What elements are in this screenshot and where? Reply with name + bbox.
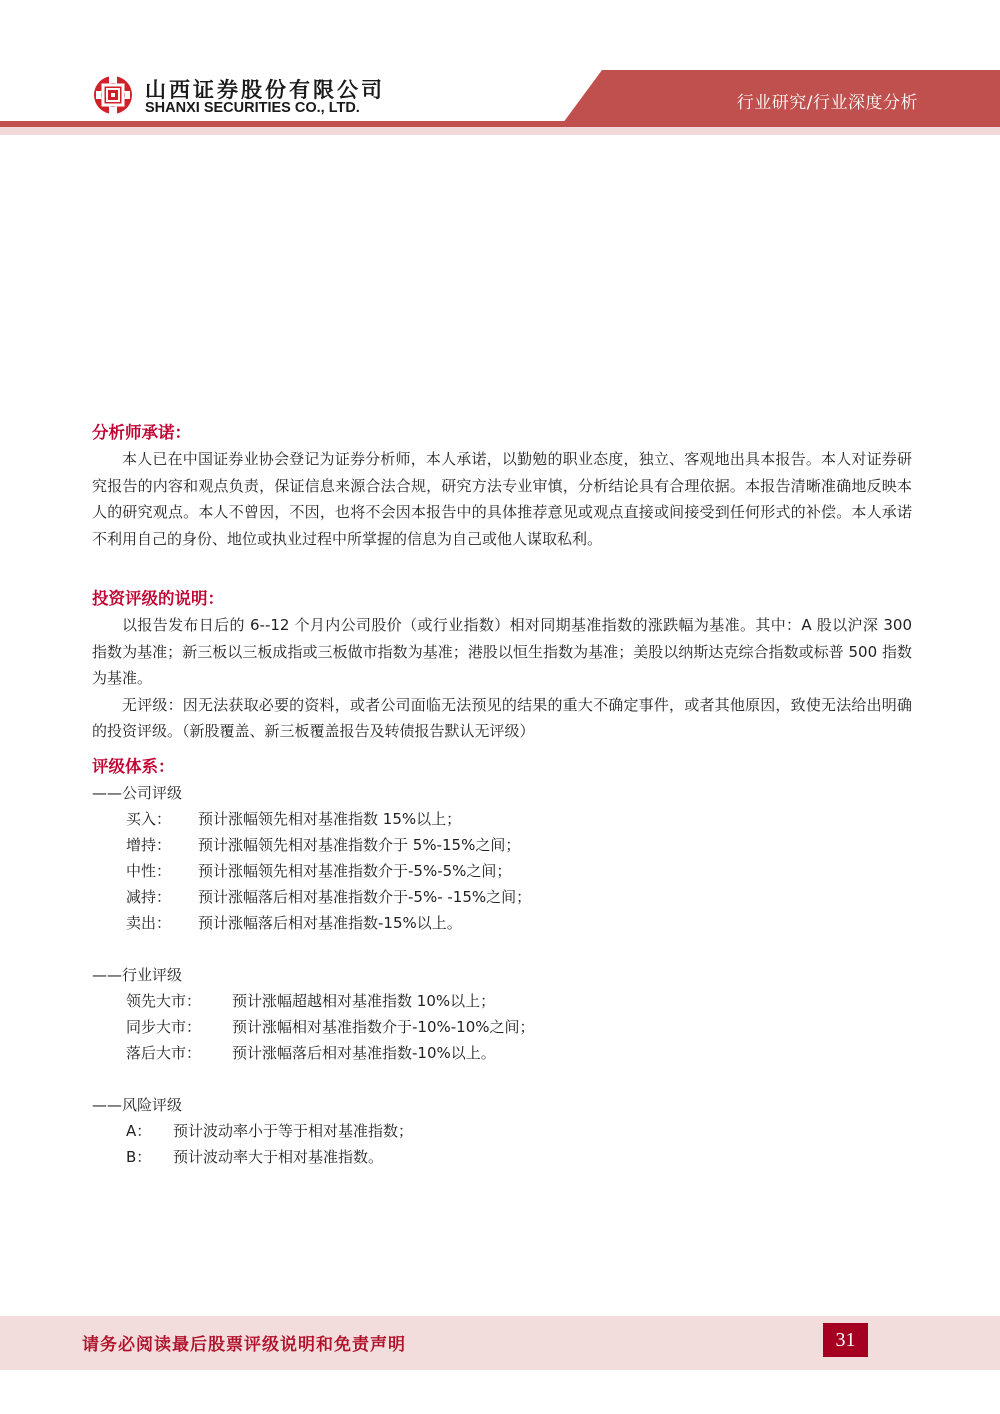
rating-system-section: 评级体系： ——公司评级 买入：预计涨幅领先相对基准指数 15%以上； 增持：预…	[92, 754, 912, 1170]
disclaimer-notice: 请务必阅读最后股票评级说明和免责声明	[82, 1330, 406, 1355]
rating-key: 落后大市：	[126, 1040, 232, 1066]
rating-value: 预计波动率大于相对基准指数。	[173, 1144, 383, 1170]
spacer	[92, 936, 912, 962]
analyst-commitment-section: 分析师承诺： 本人已在中国证券业协会登记为证券分析师，本人承诺，以勤勉的职业态度…	[92, 420, 912, 552]
rating-value: 预计涨幅领先相对基准指数介于-5%-5%之间；	[198, 858, 511, 884]
rating-row: 减持：预计涨幅落后相对基准指数介于-5%- -15%之间；	[92, 884, 912, 910]
company-rating-label: ——公司评级	[92, 780, 912, 806]
rating-value: 预计涨幅超越相对基准指数 10%以上；	[232, 988, 495, 1014]
rating-key: 领先大市：	[126, 988, 232, 1014]
rating-value: 预计波动率小于等于相对基准指数；	[173, 1118, 413, 1144]
paragraph: 以报告发布日后的 6--12 个月内公司股价（或行业指数）相对同期基准指数的涨跌…	[92, 612, 912, 692]
rating-value: 预计涨幅落后相对基准指数介于-5%- -15%之间；	[198, 884, 531, 910]
page-footer: 请务必阅读最后股票评级说明和免责声明 31	[0, 1316, 1000, 1370]
section-title: 评级体系：	[92, 754, 912, 780]
rating-row: 领先大市：预计涨幅超越相对基准指数 10%以上；	[92, 988, 912, 1014]
rating-value: 预计涨幅相对基准指数介于-10%-10%之间；	[232, 1014, 535, 1040]
rating-row: A：预计波动率小于等于相对基准指数；	[92, 1118, 912, 1144]
rating-description-section: 投资评级的说明： 以报告发布日后的 6--12 个月内公司股价（或行业指数）相对…	[92, 586, 912, 745]
risk-rating-label: ——风险评级	[92, 1092, 912, 1118]
spacer	[92, 1066, 912, 1092]
rating-key: 中性：	[126, 858, 198, 884]
rating-row: 增持：预计涨幅领先相对基准指数介于 5%-15%之间；	[92, 832, 912, 858]
rating-key: A：	[126, 1118, 173, 1144]
company-name-en: SHANXI SECURITIES CO., LTD.	[145, 100, 360, 116]
page-header: 山西证券股份有限公司 SHANXI SECURITIES CO., LTD. 行…	[0, 0, 1000, 140]
section-title: 投资评级的说明：	[92, 586, 912, 612]
paragraph: 无评级：因无法获取必要的资料，或者公司面临无法预见的结果的重大不确定事件，或者其…	[92, 692, 912, 745]
rating-key: 卖出：	[126, 910, 198, 936]
header-divider-light	[0, 127, 1000, 135]
rating-row: 买入：预计涨幅领先相对基准指数 15%以上；	[92, 806, 912, 832]
rating-key: B：	[126, 1144, 173, 1170]
rating-key: 同步大市：	[126, 1014, 232, 1040]
rating-value: 预计涨幅领先相对基准指数 15%以上；	[198, 806, 461, 832]
page-number: 31	[823, 1323, 868, 1357]
rating-row: 中性：预计涨幅领先相对基准指数介于-5%-5%之间；	[92, 858, 912, 884]
rating-value: 预计涨幅落后相对基准指数-15%以上。	[198, 910, 462, 936]
report-category: 行业研究/行业深度分析	[737, 88, 918, 113]
shanxi-securities-logo-icon	[92, 74, 134, 116]
section-title: 分析师承诺：	[92, 420, 912, 446]
rating-value: 预计涨幅领先相对基准指数介于 5%-15%之间；	[198, 832, 520, 858]
rating-row: 落后大市：预计涨幅落后相对基准指数-10%以上。	[92, 1040, 912, 1066]
rating-value: 预计涨幅落后相对基准指数-10%以上。	[232, 1040, 496, 1066]
rating-key: 增持：	[126, 832, 198, 858]
rating-key: 买入：	[126, 806, 198, 832]
rating-row: 同步大市：预计涨幅相对基准指数介于-10%-10%之间；	[92, 1014, 912, 1040]
industry-rating-label: ——行业评级	[92, 962, 912, 988]
rating-key: 减持：	[126, 884, 198, 910]
rating-row: B：预计波动率大于相对基准指数。	[92, 1144, 912, 1170]
paragraph: 本人已在中国证券业协会登记为证券分析师，本人承诺，以勤勉的职业态度，独立、客观地…	[92, 446, 912, 552]
rating-row: 卖出：预计涨幅落后相对基准指数-15%以上。	[92, 910, 912, 936]
